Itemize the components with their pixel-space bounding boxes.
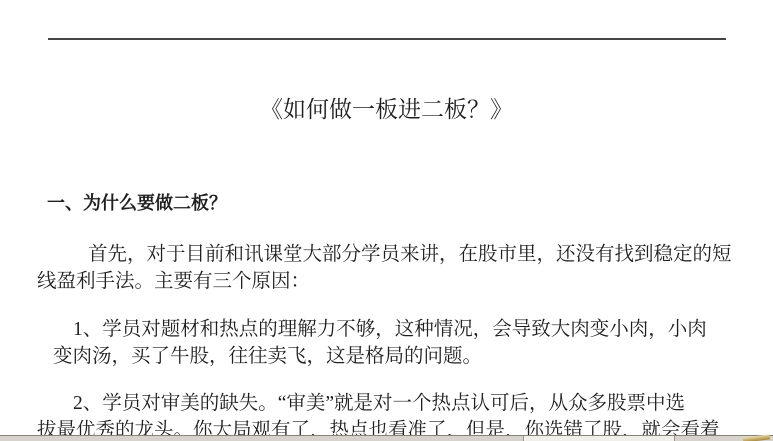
document-title: 《如何做一板进二板？》: [0, 96, 773, 124]
document-page: 《如何做一板进二板？》 一、为什么要做二板？ 首先，对于目前和讯课堂大部分学员来…: [0, 0, 773, 441]
section-heading: 一、为什么要做二板？: [47, 192, 227, 214]
paragraph-line: 2、学员对审美的缺失。“审美”就是对一个热点认可后，从众多股票中选: [73, 392, 685, 416]
header-rule: [48, 38, 726, 40]
paragraph-line: 线盈利手法。主要有三个原因：: [37, 270, 310, 294]
paragraph-line: 首先，对于目前和讯课堂大部分学员来讲，在股市里，还没有找到稳定的短: [88, 243, 732, 267]
horizontal-scrollbar[interactable]: [0, 435, 773, 441]
paragraph-line: 1、学员对题材和热点的理解力不够，这种情况，会导致大肉变小肉，小肉: [73, 318, 707, 342]
scrollbar-thumb[interactable]: [523, 436, 675, 441]
paragraph-line: 变肉汤，买了牛股，往往卖飞，这是格局的问题。: [53, 345, 482, 369]
